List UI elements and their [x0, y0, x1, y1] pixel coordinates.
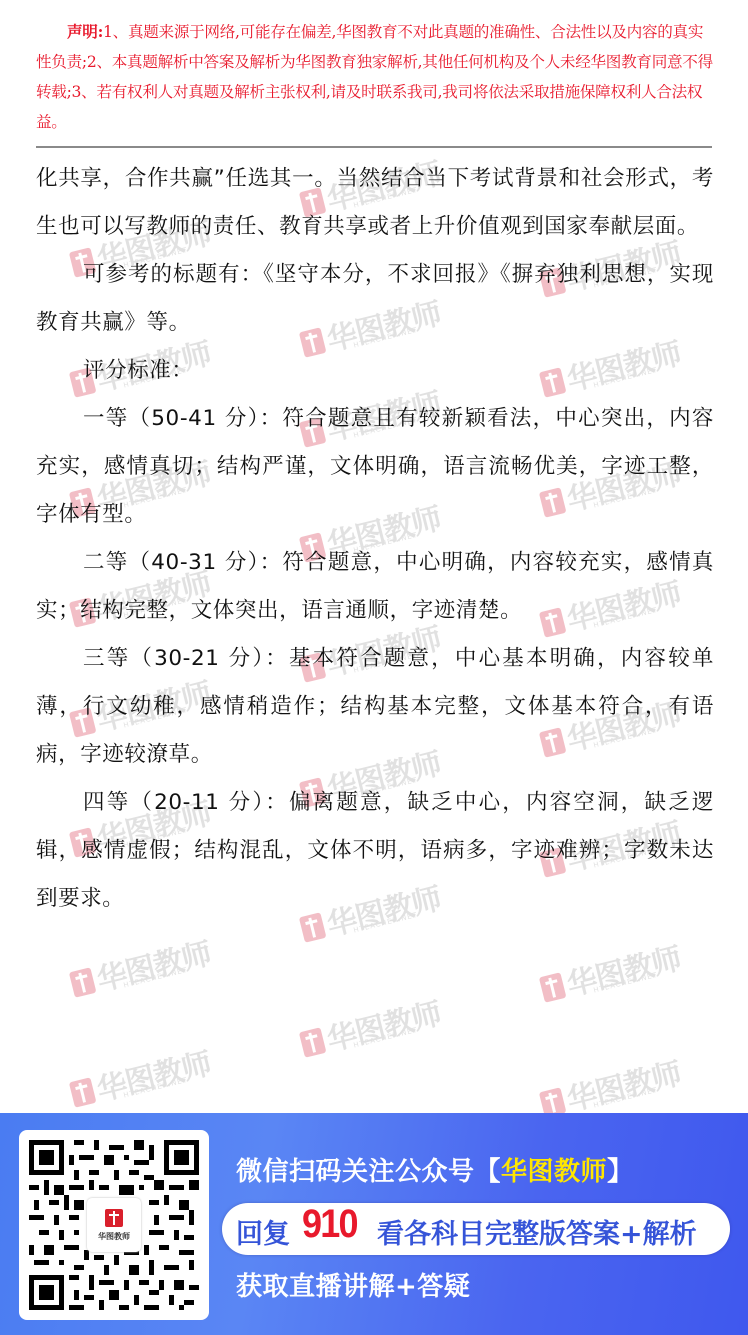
qr-code-icon[interactable]: 华图教师 [29, 1140, 199, 1310]
document-body: 化共享，合作共赢”任选其一。当然结合当下考试背景和社会形式，考生也可以写教师的责… [36, 155, 714, 923]
divider [36, 146, 712, 148]
qr-center-logo: 华图教师 [87, 1198, 141, 1252]
watermark: 华图教师HTEACHER.NET [535, 928, 694, 1019]
huatu-logo-icon [539, 972, 567, 1003]
paragraph-grade-4: 四等（20-11 分）：偏离题意，缺乏中心，内容空洞，缺乏逻辑，感情虚假；结构混… [36, 779, 714, 923]
paragraph-grade-3: 三等（30-21 分）：基本符合题意，中心基本明确，内容较单薄，行文幼稚，感情稍… [36, 635, 714, 779]
account-name: 华图教师 [501, 1157, 607, 1187]
huatu-logo-icon [299, 1027, 327, 1058]
reply-code-pill: 回复 910 看各科目完整版答案+解析 [222, 1203, 730, 1255]
paragraph-reference-titles: 可参考的标题有：《坚守本分，不求回报》《摒弃独利思想，实现教育共赢》等。 [36, 251, 714, 347]
follow-account-text: 微信扫码关注公众号【华图教师】 [236, 1151, 634, 1188]
reply-code-number: 910 [302, 1202, 357, 1247]
promo-banner: 华图教师 微信扫码关注公众号【华图教师】 回复 910 看各科目完整版答案+解析… [0, 1113, 748, 1335]
watermark: 华图教师HTEACHER.NET [295, 983, 454, 1074]
disclaimer-lead: 声明: [67, 22, 103, 41]
paragraph-grade-2: 二等（40-31 分）：符合题意，中心明确，内容较充实，感情真实；结构完整，文体… [36, 539, 714, 635]
qr-card[interactable]: 华图教师 [19, 1130, 209, 1320]
watermark: 华图教师HTEACHER.NET [65, 923, 224, 1014]
disclaimer: 声明:1、真题来源于网络,可能存在偏差,华图教育不对此真题的准确性、合法性以及内… [36, 17, 714, 137]
live-stream-text: 获取直播讲解+答疑 [236, 1266, 470, 1303]
paragraph-scoring-heading: 评分标准： [36, 347, 714, 395]
disclaimer-text: 1、真题来源于网络,可能存在偏差,华图教育不对此真题的准确性、合法性以及内容的真… [36, 23, 713, 131]
huatu-logo-icon [69, 1077, 97, 1108]
paragraph-grade-1: 一等（50-41 分）：符合题意且有较新颖看法，中心突出，内容充实，感情真切；结… [36, 395, 714, 539]
paragraph-continuation: 化共享，合作共赢”任选其一。当然结合当下考试背景和社会形式，考生也可以写教师的责… [36, 155, 714, 251]
watermark: 华图教师HTEACHER.NET [65, 1033, 224, 1124]
huatu-logo-icon [105, 1209, 123, 1227]
huatu-logo-icon [69, 967, 97, 998]
